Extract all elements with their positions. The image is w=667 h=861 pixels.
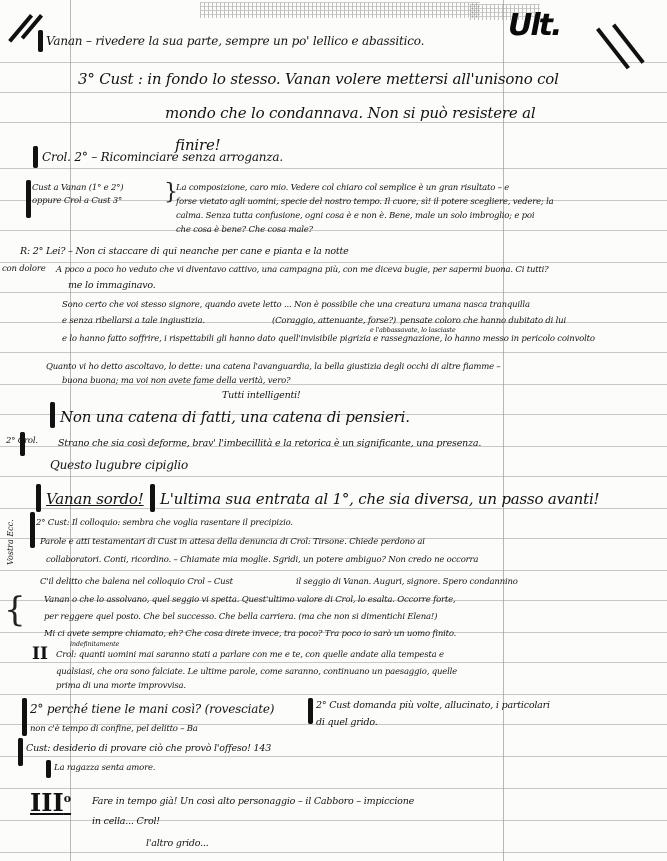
text-line: buona buona; ma voi non avete fame della… [62,376,290,386]
margin-bar [18,738,23,766]
margin-bar [308,698,313,724]
text-line: (Coraggio, attenuante, forse?) [272,316,396,326]
text-line: collaboratori. Conti, ricordino. – Chiam… [46,555,478,565]
text-line: che cosa è bene? Che cosa male? [176,225,313,235]
text-line: Cust: desiderio di provare ciò che provò… [26,743,271,754]
text-line: qualsiasi, che ora sono falciate. Le ult… [56,667,457,677]
text-line: Questo lugubre cipiglio [50,458,188,472]
ruled-line [0,352,667,353]
ruled-line [0,62,667,63]
text-line: e senza ribellarsi a tale ingiustizia. [62,316,205,326]
margin-bar [22,698,27,736]
text-line: in cella... Crol! [92,816,160,827]
text-line: La ragazza senta amore. [54,763,155,773]
text-line: C'il delitto che balena nel colloquio Cr… [40,577,233,587]
text-line: Strano che sia così deforme, brav' l'imb… [58,438,481,449]
roman-superscript: o [64,792,71,805]
text-line: 2° perché tiene le mani così? (rovesciat… [30,702,274,716]
right-column-line [503,0,504,861]
text-line: mondo che lo condannava. Non si può resi… [165,104,535,122]
ruled-line [0,694,667,695]
text-line: Crol. 2° – Ricominciare senza arroganza. [42,150,283,164]
text-line: per reggere quel posto. Che bel successo… [44,612,437,622]
text-line: Vanan o che lo assolvano, quel seggio vi… [44,595,455,605]
text-line: il seggio di Vanan. Auguri, signore. Spe… [296,577,518,587]
ruled-line [0,230,667,231]
text-line: Quanto vi ho detto ascoltavo, lo dette: … [46,362,500,372]
slash-mark [596,28,630,70]
text-line: Crol: quanti uomini mai saranno stati a … [56,650,444,660]
text-line: L'ultima sua entrata al 1°, che sia dive… [160,490,599,508]
margin-bar [50,402,55,428]
ruled-line [0,570,667,571]
text-line: C'il delitto che balena nel colloquio Cr… [40,577,233,587]
text-line: calma. Senza tutta confusione, ogni cosa… [176,211,534,221]
roman-numeral: III [30,788,64,817]
margin-bar [38,30,43,52]
ruled-line [0,262,667,263]
margin-bar [46,760,51,778]
margin-note: Cust a Vanan (1° e 2°) [32,183,123,193]
text-line: l'altro grido... [146,838,209,849]
interlinear-note: indefinitamente [70,640,119,648]
text-line: pensate coloro che hanno dubitato di lui [400,316,566,326]
margin-bar [20,432,25,456]
text-line: 2° Cust domanda più volte, allucinato, i… [316,700,550,711]
ruled-line [0,788,667,789]
brace: { [4,590,26,630]
text-line: Parole e atti testamentari di Cust in at… [40,537,425,547]
corner-mark: Ult. [508,8,560,43]
text-line: Mi ci avete sempre chiamato, eh? Che cos… [44,629,456,639]
text-line: Sono certo che voi stesso signore, quand… [62,300,530,310]
text-line: R: 2° Lei? – Non ci staccare di qui nean… [20,246,349,257]
ruled-line [0,92,667,93]
margin-bar [30,512,35,548]
text-line: non c'è tempo di confine, pel delitto – … [30,724,198,734]
text-line: Fare in tempo già! Un così alto personag… [92,796,414,807]
ruled-line [0,476,667,477]
margin-bar [150,484,155,512]
ruled-line [0,662,667,663]
text-line: me lo immaginavo. [68,280,156,291]
interlinear-note: e l'abbassavate, lo lasciaste [370,326,455,334]
ruled-line [0,756,667,757]
text-line: La composizione, caro mio. Vedere col ch… [176,183,509,193]
margin-bar [26,180,31,218]
scan-noise [200,2,480,18]
section-roman-iii: IIIo [30,788,71,817]
ruled-line [0,292,667,293]
ruled-line [0,852,667,853]
text-line: forse vietato agli uomini, specie del no… [176,197,554,207]
text-line: Non una catena di fatti, una catena di p… [60,408,410,426]
margin-bar [33,146,38,168]
ruled-line [0,122,667,123]
manuscript-page: Ult. Vanan – rivedere la sua parte, semp… [0,0,667,861]
ruled-line [0,508,667,509]
margin-bar [36,484,41,512]
text-line: 2° Cust: Il colloquio: sembra che voglia… [36,518,293,528]
text-line: di quel grido. [316,717,378,728]
ruled-line [0,168,667,169]
text-line: prima di una morte improvvisa. [56,681,186,691]
margin-note: oppure Crol a Cust 3° [32,196,122,206]
text-line: e lo hanno fatto soffrire, i rispettabil… [62,334,595,344]
interlinear-note: Tutti intelligenti! [222,390,301,401]
text-line: Vanan sordo! [46,490,144,508]
margin-note: con dolore [2,264,46,274]
text-line: Vanan – rivedere la sua parte, sempre un… [46,34,424,48]
text-line: 3° Cust : in fondo lo stesso. Vanan vole… [78,70,559,88]
text-line: A poco a poco ho veduto che vi diventavo… [56,265,549,275]
section-roman-ii: II [32,644,48,664]
vertical-margin-note: Vostra Ecc. [6,519,15,565]
